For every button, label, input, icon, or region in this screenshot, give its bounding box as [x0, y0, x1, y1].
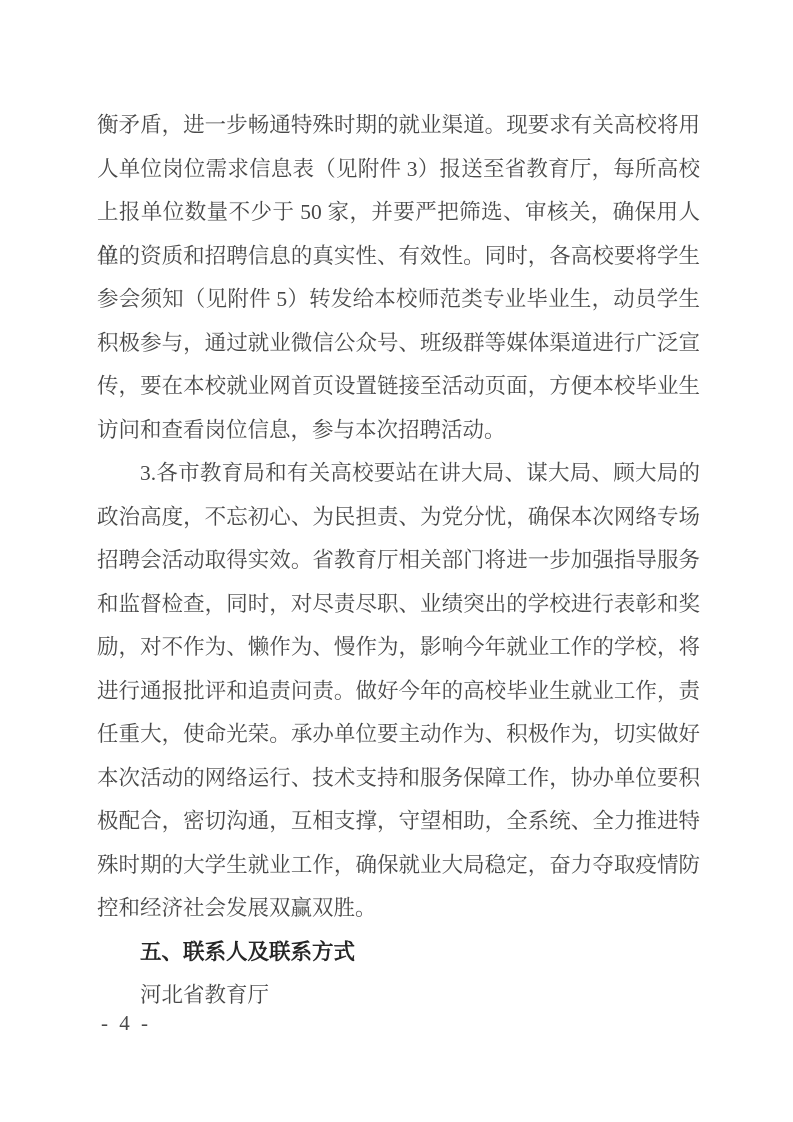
- text-line: 和监督检查，同时，对尽责尽职、业绩突出的学校进行表彰和奖: [97, 583, 700, 627]
- text-line: 人单位岗位需求信息表（见附件 3）报送至省教育厅，每所高校: [97, 148, 700, 192]
- text-line: 本次活动的网络运行、技术支持和服务保障工作，协办单位要积: [97, 757, 700, 801]
- text-line: 3.各市教育局和有关高校要站在讲大局、谋大局、顾大局的: [97, 452, 700, 496]
- text-line: 政治高度，不忘初心、为民担责、为党分忧，确保本次网络专场: [97, 496, 700, 540]
- page-number: - 4 -: [101, 1011, 151, 1035]
- text-line: 访问和查看岗位信息，参与本次招聘活动。: [97, 409, 700, 453]
- paragraph-item-3: 3.各市教育局和有关高校要站在讲大局、谋大局、顾大局的 政治高度，不忘初心、为民…: [97, 452, 700, 931]
- section-heading: 五、联系人及联系方式: [97, 931, 700, 975]
- text-line: 传，要在本校就业网首页设置链接至活动页面，方便本校毕业生: [97, 365, 700, 409]
- text-line: 控和经济社会发展双赢双胜。: [97, 887, 700, 931]
- contact-organization: 河北省教育厅: [97, 974, 700, 1018]
- text-line: 位的资质和招聘信息的真实性、有效性。同时，各高校要将学生: [97, 235, 700, 279]
- text-line: 积极参与，通过就业微信公众号、班级群等媒体渠道进行广泛宣: [97, 322, 700, 366]
- text-line: 进行通报批评和追责问责。做好今年的高校毕业生就业工作，责: [97, 670, 700, 714]
- text-line: 极配合，密切沟通，互相支撑，守望相助，全系统、全力推进特: [97, 800, 700, 844]
- text-line: 参会须知（见附件 5）转发给本校师范类专业毕业生，动员学生: [97, 278, 700, 322]
- document-page: 衡矛盾，进一步畅通特殊时期的就业渠道。现要求有关高校将用 人单位岗位需求信息表（…: [0, 0, 793, 1122]
- text-line: 招聘会活动取得实效。省教育厅相关部门将进一步加强指导服务: [97, 539, 700, 583]
- paragraph-continuation: 衡矛盾，进一步畅通特殊时期的就业渠道。现要求有关高校将用 人单位岗位需求信息表（…: [97, 104, 700, 452]
- text-line: 任重大，使命光荣。承办单位要主动作为、积极作为，切实做好: [97, 713, 700, 757]
- text-line: 衡矛盾，进一步畅通特殊时期的就业渠道。现要求有关高校将用: [97, 104, 700, 148]
- document-body: 衡矛盾，进一步畅通特殊时期的就业渠道。现要求有关高校将用 人单位岗位需求信息表（…: [97, 104, 700, 1018]
- text-line: 殊时期的大学生就业工作，确保就业大局稳定，奋力夺取疫情防: [97, 844, 700, 888]
- text-line: 励，对不作为、懒作为、慢作为，影响今年就业工作的学校，将: [97, 626, 700, 670]
- text-line: 上报单位数量不少于 50 家，并要严把筛选、审核关，确保用人单: [97, 191, 700, 235]
